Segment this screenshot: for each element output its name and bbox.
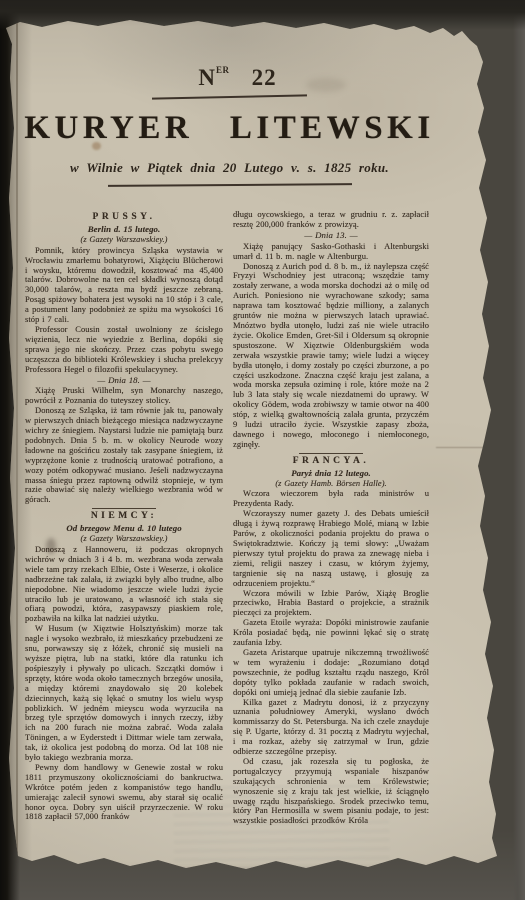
article-paragraph: Xiążę panujący Sasko-Gothaski i Altenbur… [233,242,429,262]
masthead-rule-bottom [107,183,351,187]
article-paragraph: Donoszą ze Szląska, iż tam równie jak tu… [25,406,223,505]
article-source: (z Gazety Warszawskiey.) [25,235,223,245]
article-source: (z Gazety Hamb. Börsen Halle). [233,479,429,489]
issue-number-line: NER22 [14,65,461,91]
section-heading: PRUSSY. [25,213,223,223]
section-heading: NIEMCY: [25,512,223,522]
article-paragraph: Donoszą z Aurich pod d. 8 b. m., iż nayl… [233,262,429,450]
article-paragraph: Pewny dom handlowy w Genewie został w ro… [25,763,223,822]
right-column: długu oycowskiego, a teraz w grudniu r. … [233,210,429,826]
article-paragraph: Kilka gazet z Madrytu donosi, iż z przyc… [233,698,429,757]
article-paragraph: Wczora mówili w Izbie Parów, Xiążę Brogl… [233,589,429,619]
article-paragraph: Od czasu, jak rozeszła się tu pogłoska, … [233,757,429,826]
left-column: PRUSSY. Berlin d. 15 lutego. (z Gazety W… [25,210,223,826]
masthead-rule-top [152,94,307,99]
newspaper-page: NER22 KURYER LITEWSKI w Wilnie w Piątek … [6,18,506,874]
section-divider-rule [299,453,363,454]
article-dateline: Berlin d. 15 lutego. [25,225,223,235]
article-paragraph: W Husum (w Xięztwie Holsztyńskim) morze … [25,624,223,763]
article-dateline: Od brzegow Menu d. 10 lutego [25,524,223,534]
article-columns: PRUSSY. Berlin d. 15 lutego. (z Gazety W… [25,210,429,826]
issue-number-value: 22 [252,65,277,90]
section-divider-rule [92,508,156,509]
article-subdate: — Dnia 18. — [25,376,223,386]
section-heading: FRANCYA. [233,457,429,467]
newspaper-title: KURYER LITEWSKI [6,110,453,147]
article-source: (z Gazety Warszawskiey.) [25,534,223,544]
article-paragraph: Gazeta Aristarque upatruje nikczemną trw… [233,648,429,698]
article-paragraph: Wczora wieczorem była rada ministrów u P… [233,489,429,509]
issue-number-label: N [198,65,216,90]
issue-number-superscript: ER [216,65,230,75]
article-paragraph: Wczorayszy numer gazety J. des Debats um… [233,509,429,588]
article-paragraph: Xiążę Pruski Wilhelm, syn Monarchy nasze… [25,386,223,406]
article-paragraph: Gazeta Etoile wyraża: Dopóki ministrowie… [233,618,429,648]
article-dateline: Paryż dnia 12 lutego. [233,469,429,479]
newspaper-dateline: w Wilnie w Piątek dnia 20 Lutego v. s. 1… [6,160,453,176]
scanned-newspaper-view: NER22 KURYER LITEWSKI w Wilnie w Piątek … [0,0,525,900]
article-paragraph: Donoszą z Hannoweru, iż podczas okropnyc… [25,545,223,624]
article-subdate: — Dnia 13. — [233,231,429,241]
article-paragraph: Professor Cousin został uwolniony ze ści… [25,325,223,375]
masthead: NER22 KURYER LITEWSKI w Wilnie w Piątek … [6,18,453,186]
article-paragraph-continuation: długu oycowskiego, a teraz w grudniu r. … [233,210,429,230]
article-paragraph: Pomnik, który prowincya Szląska wystawia… [25,246,223,325]
